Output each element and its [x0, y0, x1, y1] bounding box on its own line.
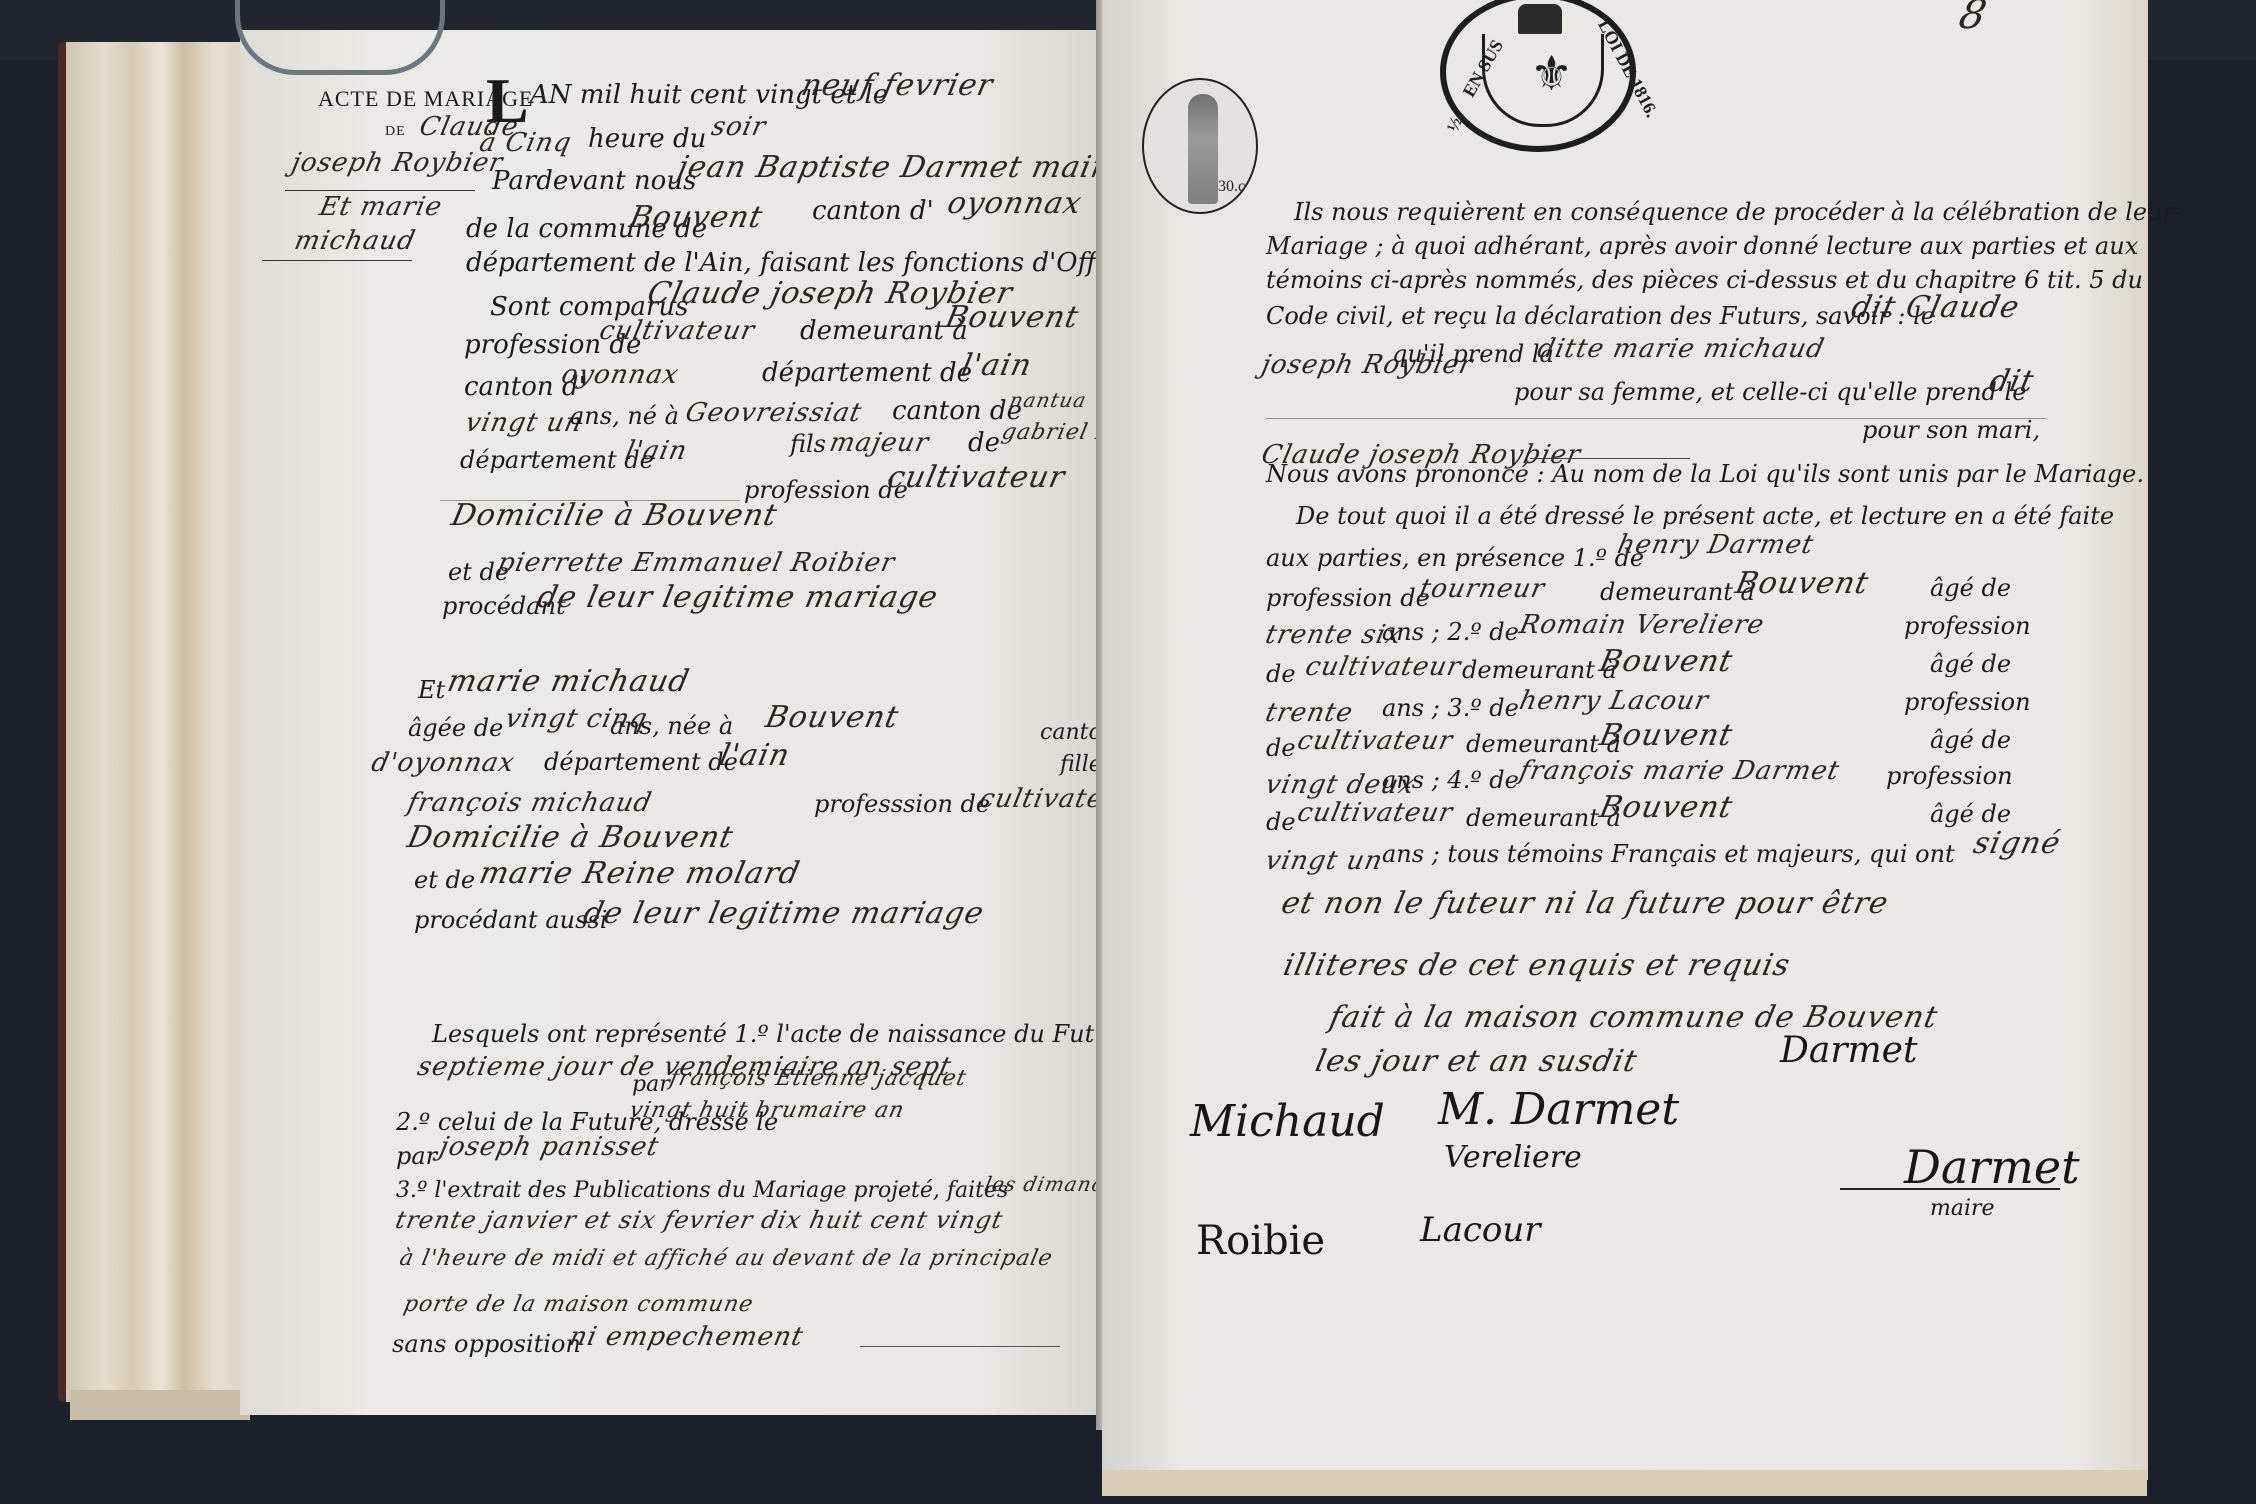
- signature: maire: [1930, 1196, 1995, 1221]
- handwritten-text: joseph panisset: [437, 1132, 662, 1162]
- handwritten-text: dit: [1986, 364, 2037, 399]
- signature: M. Darmet: [1438, 1084, 1679, 1135]
- handwritten-text: illiteres de cet enquis et requis: [1280, 948, 1793, 983]
- handwritten-text: Bouvent: [762, 700, 902, 735]
- handwritten-text: vingt un: [1263, 846, 1386, 876]
- handwritten-text: porte de la maison commune: [401, 1292, 756, 1317]
- handwritten-text: soir: [709, 112, 769, 142]
- justice-stamp-icon: 30.c: [1142, 78, 1258, 214]
- handwritten-text: ditte marie michaud: [1535, 334, 1828, 364]
- printed-text: de: [1266, 734, 1296, 762]
- handwritten-text: cultivateur: [1295, 798, 1456, 828]
- printed-text: ans ; 4.º de: [1382, 766, 1519, 794]
- handwritten-text: marie michaud: [444, 664, 693, 699]
- handwritten-text: Bouvent: [1596, 790, 1736, 825]
- handwritten-text: vingt huit brumaire an: [627, 1098, 907, 1123]
- handwritten-text: cultivateur: [1303, 652, 1464, 682]
- printed-text: aux parties, en présence 1.º de: [1266, 544, 1644, 572]
- printed-text: ans ; 3.º de: [1382, 694, 1519, 722]
- handwritten-text: et non le futeur ni la future pour être: [1278, 886, 1892, 921]
- handwritten-text: à Cinq: [477, 128, 575, 158]
- printed-text: profession: [1886, 762, 2013, 790]
- printed-text: et de: [414, 866, 475, 894]
- handwritten-text: majeur: [827, 428, 932, 458]
- printed-text: âgé de: [1930, 650, 2011, 678]
- printed-text: âgé de: [1930, 726, 2011, 754]
- printed-text: canton d': [812, 196, 934, 226]
- page-stack-edge: [58, 42, 256, 1402]
- printed-text: âgé de: [1930, 800, 2011, 828]
- handwritten-text: trente: [1263, 698, 1356, 728]
- handwritten-text: marie Reine molard: [476, 856, 803, 891]
- printed-text: procédant aussi: [414, 906, 607, 934]
- printed-text: Nous avons prononcé : Au nom de la Loi q…: [1266, 460, 2144, 488]
- printed-text: Pardevant nous: [492, 166, 696, 196]
- handwritten-text: henry Lacour: [1517, 686, 1712, 716]
- margin-name: michaud: [292, 226, 419, 256]
- printed-text: département de: [544, 748, 738, 776]
- handwritten-text: l'ain: [716, 738, 793, 773]
- handwritten-text: trente janvier et six fevrier dix huit c…: [393, 1206, 1006, 1234]
- printed-text: sans opposition: [392, 1330, 581, 1358]
- printed-text: profession: [1904, 612, 2031, 640]
- printed-text: Code civil, et reçu la déclaration des F…: [1266, 302, 1935, 330]
- handwritten-text: Bouvent: [1732, 566, 1872, 601]
- printed-text: Mariage ; à quoi adhérant, après avoir d…: [1266, 232, 2138, 260]
- printed-text: département de: [762, 358, 972, 388]
- margin-name: Et marie: [317, 192, 445, 222]
- printed-text: demeurant à: [1462, 656, 1617, 684]
- handwritten-text: d'oyonnax: [369, 748, 518, 778]
- printed-text: qu'il prend la: [1392, 340, 1554, 368]
- handwritten-text: Romain Vereliere: [1517, 610, 1768, 640]
- printed-text: âgé de: [1930, 574, 2011, 602]
- handwritten-text: nantua: [1007, 388, 1089, 412]
- handwritten-text: cultivateur: [1295, 726, 1456, 756]
- stamp-value: 30.c: [1218, 178, 1245, 196]
- printed-text: canton de: [892, 396, 1022, 426]
- signature: Lacour: [1420, 1210, 1541, 1250]
- handwritten-text: cultivateur: [884, 460, 1068, 495]
- handwritten-text: neuf fevrier: [798, 68, 996, 103]
- margin-de-label: DE: [385, 124, 406, 140]
- handwritten-text: les jour et an susdit: [1312, 1044, 1640, 1079]
- handwritten-text: cultivateur: [597, 316, 758, 346]
- handwritten-text: françois michaud: [405, 788, 655, 818]
- handwritten-text: oyonnax: [944, 186, 1085, 221]
- handwritten-text: Bouvent: [626, 200, 766, 235]
- handwritten-text: françois Etienne jacquet: [667, 1066, 969, 1091]
- printed-text: âgée de: [408, 714, 503, 742]
- handwritten-text: l'ain: [623, 436, 690, 466]
- handwritten-text: Geovreissiat: [683, 398, 865, 428]
- margin-name: joseph Roybier: [289, 148, 506, 178]
- printed-text: Ils nous requièrent en conséquence de pr…: [1294, 198, 2182, 226]
- paper-clip-icon: [235, 0, 445, 75]
- printed-text: ans ; tous témoins Français et majeurs, …: [1382, 840, 1955, 868]
- printed-text: De tout quoi il a été dressé le présent …: [1296, 502, 2114, 530]
- signature: Michaud: [1190, 1096, 1385, 1147]
- printed-text: de: [1266, 808, 1296, 836]
- printed-text: ans ; 2.º de: [1382, 618, 1519, 646]
- handwritten-text: dit Claude: [1848, 290, 2023, 325]
- handwritten-text: de leur legitime mariage: [534, 580, 941, 615]
- handwritten-text: jean Baptiste Darmet maire: [674, 150, 1129, 185]
- handwritten-text: oyonnax: [559, 360, 682, 390]
- handwritten-text: de leur legitime mariage: [580, 896, 987, 931]
- printed-text: de: [1266, 660, 1296, 688]
- printed-text: professsion de: [814, 790, 990, 818]
- signature: Roibie: [1196, 1218, 1325, 1264]
- handwritten-text: ni empechement: [567, 1322, 807, 1352]
- handwritten-text: tourneur: [1417, 574, 1548, 604]
- handwritten-text: henry Darmet: [1615, 530, 1817, 560]
- printed-text: profession: [1904, 688, 2031, 716]
- handwritten-text: signé: [1970, 826, 2064, 861]
- printed-text: par: [632, 1072, 670, 1097]
- printed-text: profession de: [1266, 584, 1430, 612]
- signature: Darmet: [1780, 1030, 1917, 1071]
- handwritten-text: Domicilie à Bouvent: [404, 820, 736, 855]
- printed-text: demeurant à: [1600, 578, 1755, 606]
- printed-text: pour son mari,: [1862, 416, 2040, 444]
- printed-text: Et: [418, 676, 445, 704]
- printed-text: ans, né à: [570, 402, 679, 430]
- printed-text: fils: [790, 430, 826, 458]
- initial-letter: L: [486, 64, 529, 138]
- printed-text: ans, née à: [610, 712, 733, 740]
- handwritten-text: l'ain: [958, 348, 1035, 383]
- page-stack-fold: [70, 1390, 250, 1420]
- printed-text: par: [396, 1142, 437, 1170]
- printed-text: de: [968, 428, 1000, 458]
- printed-text: 3.º l'extrait des Publications du Mariag…: [396, 1178, 1008, 1203]
- handwritten-text: pierrette Emmanuel Roibier: [495, 548, 898, 578]
- printed-text: pour sa femme, et celle-ci qu'elle prend…: [1514, 378, 2026, 406]
- handwritten-text: à l'heure de midi et affiché au devant d…: [397, 1246, 1055, 1271]
- handwritten-text: Bouvent: [942, 300, 1082, 335]
- handwritten-text: Domicilie à Bouvent: [448, 498, 780, 533]
- signature: Darmet: [1904, 1140, 2080, 1194]
- handwritten-text: Bouvent: [1596, 644, 1736, 679]
- signature: Vereliere: [1444, 1140, 1582, 1175]
- handwritten-text: vingt un: [463, 408, 586, 438]
- handwritten-text: françois marie Darmet: [1517, 756, 1843, 786]
- handwritten-text: Bouvent: [1596, 718, 1736, 753]
